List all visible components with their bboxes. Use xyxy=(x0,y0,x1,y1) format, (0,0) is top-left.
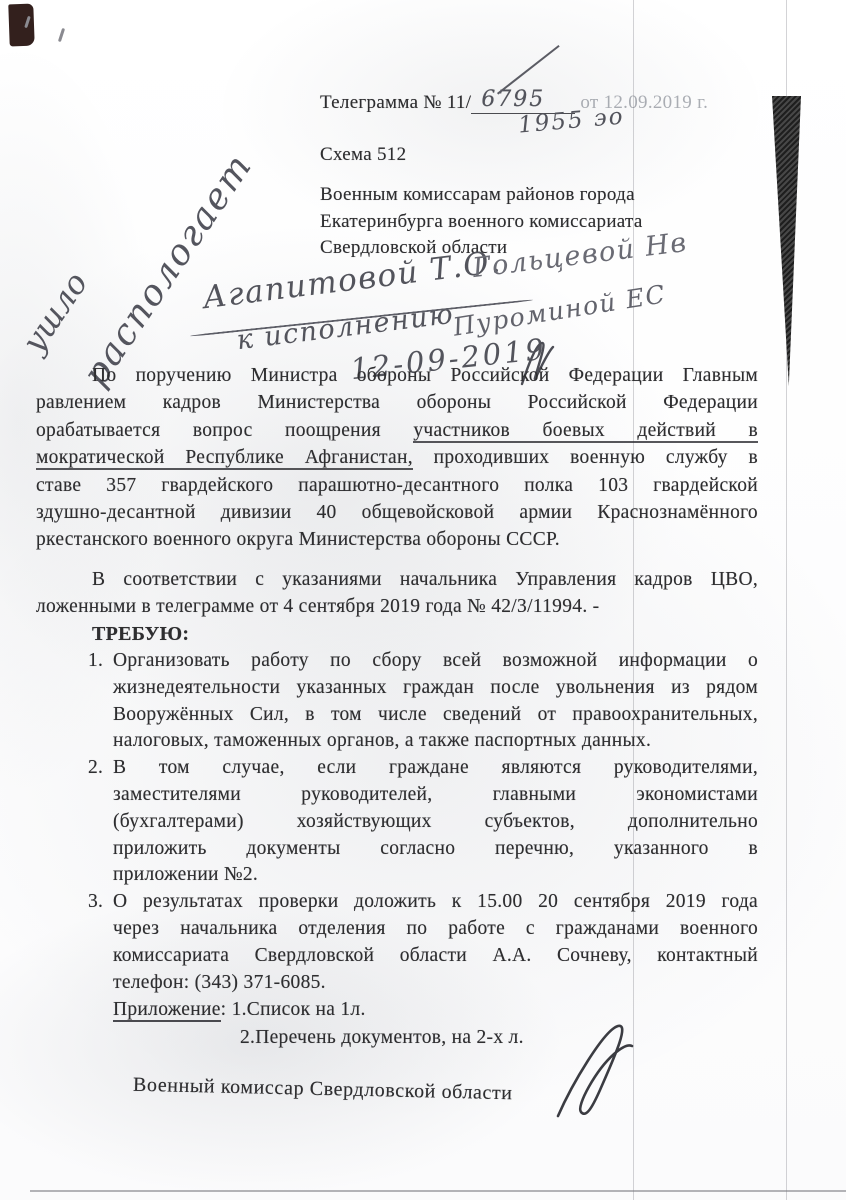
body-line: равлением кадров Министерства обороны Ро… xyxy=(36,389,758,416)
telegram-number-line: Телеграмма № 11/6795 от 12.09.2019 г. xyxy=(320,92,708,114)
list-item-2: 2. В том случае, если граждане являются … xyxy=(36,755,758,889)
paragraph-1: По поручению Министра обороны Российской… xyxy=(36,362,758,554)
body-line: налоговых, таможенных органов, а также п… xyxy=(113,728,758,755)
list-item-3: 3. О результатах проверки доложить к 15.… xyxy=(36,889,758,996)
demand-heading: ТРЕБУЮ: xyxy=(36,621,758,648)
body-line: приложить документы согласно перечню, ук… xyxy=(113,836,758,863)
body-line: По поручению Министра обороны Российской… xyxy=(36,362,758,389)
document-body: По поручению Министра обороны Российской… xyxy=(36,362,758,1051)
list-item-1: 1. Организовать работу по сбору всей воз… xyxy=(36,648,758,755)
underlined-text: мократической Республике Афганистан, xyxy=(36,447,413,470)
body-line: заместителями руководителей, главными эк… xyxy=(113,782,758,809)
signature xyxy=(552,1018,656,1122)
body-text: орабатывается вопрос поощрения xyxy=(36,420,413,441)
body-line: мократической Республике Афганистан, про… xyxy=(36,444,758,471)
list-number: 1. xyxy=(88,648,103,675)
underlined-text: участников боевых действий в xyxy=(413,420,758,443)
body-line: комиссариата Свердловской области А.А. С… xyxy=(113,943,758,970)
addressee-line: Военным комиссарам районов города xyxy=(320,182,650,209)
paragraph-2: В соответствии с указаниями начальника У… xyxy=(36,566,758,621)
scheme-label: Схема 512 xyxy=(320,144,406,166)
body-line: Организовать работу по сбору всей возмож… xyxy=(113,648,758,675)
pen-mark xyxy=(58,28,65,42)
scanned-document-page: ушло распологает Телеграмма № 11/6795 от… xyxy=(0,0,846,1200)
attachment-label: Приложение xyxy=(113,999,221,1022)
telegram-number-handwritten: 6795 xyxy=(481,87,545,112)
body-line: В соответствии с указаниями начальника У… xyxy=(36,566,758,593)
body-line: здушно-десантной дивизии 40 общевойсково… xyxy=(36,499,758,526)
attachment-text: : 1.Список на 1л. xyxy=(221,999,366,1020)
body-line: телефон: (343) 371-6085. xyxy=(113,970,758,997)
body-line: (бухгалтерами) хозяйствующих субъектов, … xyxy=(113,809,758,836)
body-line: О результатах проверки доложить к 15.00 … xyxy=(113,889,758,916)
body-line: Вооружённых Сил, в том числе сведений от… xyxy=(113,702,758,729)
body-line: орабатывается вопрос поощрения участнико… xyxy=(36,417,758,444)
handwriting-diagonal-word-2: распологает xyxy=(75,146,261,394)
telegram-label: Телеграмма № 11/ xyxy=(320,92,471,113)
scan-corner-mark xyxy=(8,4,34,47)
addressee-line: Екатеринбурга военного комиссариата xyxy=(320,209,650,236)
body-text: проходивших военную службу в xyxy=(413,447,758,468)
signatory-title: Военный комиссар Свердловской области xyxy=(133,1074,513,1106)
body-line: ркестанского военного округа Министерств… xyxy=(36,526,758,553)
body-line: приложении №2. xyxy=(113,862,758,889)
body-line: ложенными в телеграмме от 4 сентября 201… xyxy=(36,593,758,620)
handwriting-name-3: Пуроминой ЕС xyxy=(451,279,668,341)
body-line: ставе 357 гвардейского парашютно-десантн… xyxy=(36,472,758,499)
list-number: 3. xyxy=(88,889,103,916)
handwriting-diagonal-word-1: ушло xyxy=(14,265,95,360)
body-line: В том случае, если граждане являются рук… xyxy=(113,755,758,782)
body-line: через начальника отделения по работе с г… xyxy=(113,916,758,943)
scan-shadow-wedge xyxy=(772,96,801,386)
body-line: жизнедеятельности указанных граждан посл… xyxy=(113,675,758,702)
scan-bottom-edge xyxy=(30,1190,846,1192)
list-number: 2. xyxy=(88,755,103,782)
